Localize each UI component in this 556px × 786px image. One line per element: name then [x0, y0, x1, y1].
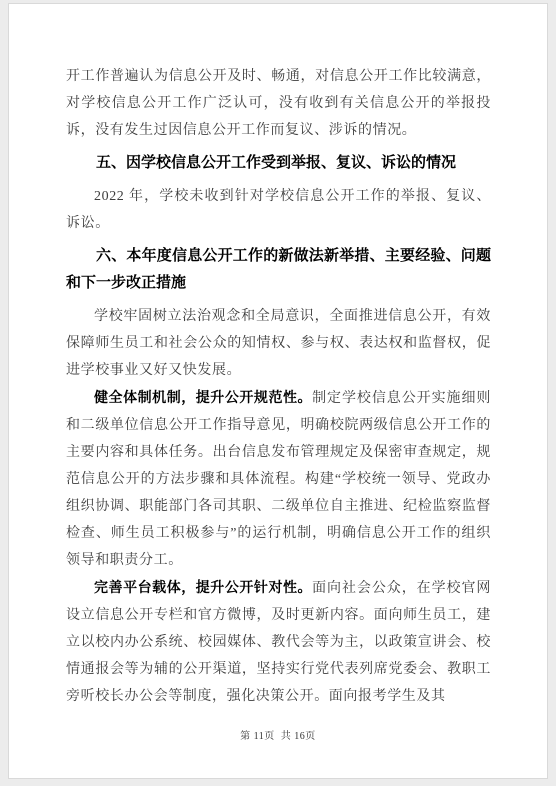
section-heading-5: 五、因学校信息公开工作受到举报、复议、诉讼的情况 [66, 149, 491, 176]
paragraph-continued: 开工作普遍认为信息公开及时、畅通，对信息公开工作比较满意，对学校信息公开工作广泛… [66, 63, 491, 144]
page-number: 第 11页 共 16页 [9, 727, 547, 742]
document-viewer: { "document": { "body": [ { "type": "par… [0, 0, 556, 786]
paragraph-bold-lead: 完善平台载体，提升公开针对性。 [94, 579, 312, 595]
paragraph-bold-lead: 健全体制机制，提升公开规范性。 [94, 389, 312, 405]
paragraph: 健全体制机制，提升公开规范性。制定学校信息公开实施细则和二级单位信息公开工作指导… [66, 384, 491, 574]
page-content: 开工作普遍认为信息公开及时、畅通，对信息公开工作比较满意，对学校信息公开工作广泛… [66, 63, 491, 710]
section-heading-6: 六、本年度信息公开工作的新做法新举措、主要经验、问题和下一步改正措施 [66, 242, 491, 296]
paragraph: 2022 年，学校未收到针对学校信息公开工作的举报、复议、诉讼。 [66, 183, 491, 237]
paragraph-text: 制定学校信息公开实施细则和二级单位信息公开工作指导意见，明确校院两级信息公开工作… [66, 391, 491, 568]
paragraph: 学校牢固树立法治观念和全局意识，全面推进信息公开，有效保障师生员工和社会公众的知… [66, 303, 491, 384]
document-page: 开工作普遍认为信息公开及时、畅通，对信息公开工作比较满意，对学校信息公开工作广泛… [8, 3, 548, 779]
paragraph-text: 面向社会公众，在学校官网设立信息公开专栏和官方微博，及时更新内容。面向师生员工，… [66, 581, 491, 704]
paragraph: 完善平台载体，提升公开针对性。面向社会公众，在学校官网设立信息公开专栏和官方微博… [66, 574, 491, 710]
